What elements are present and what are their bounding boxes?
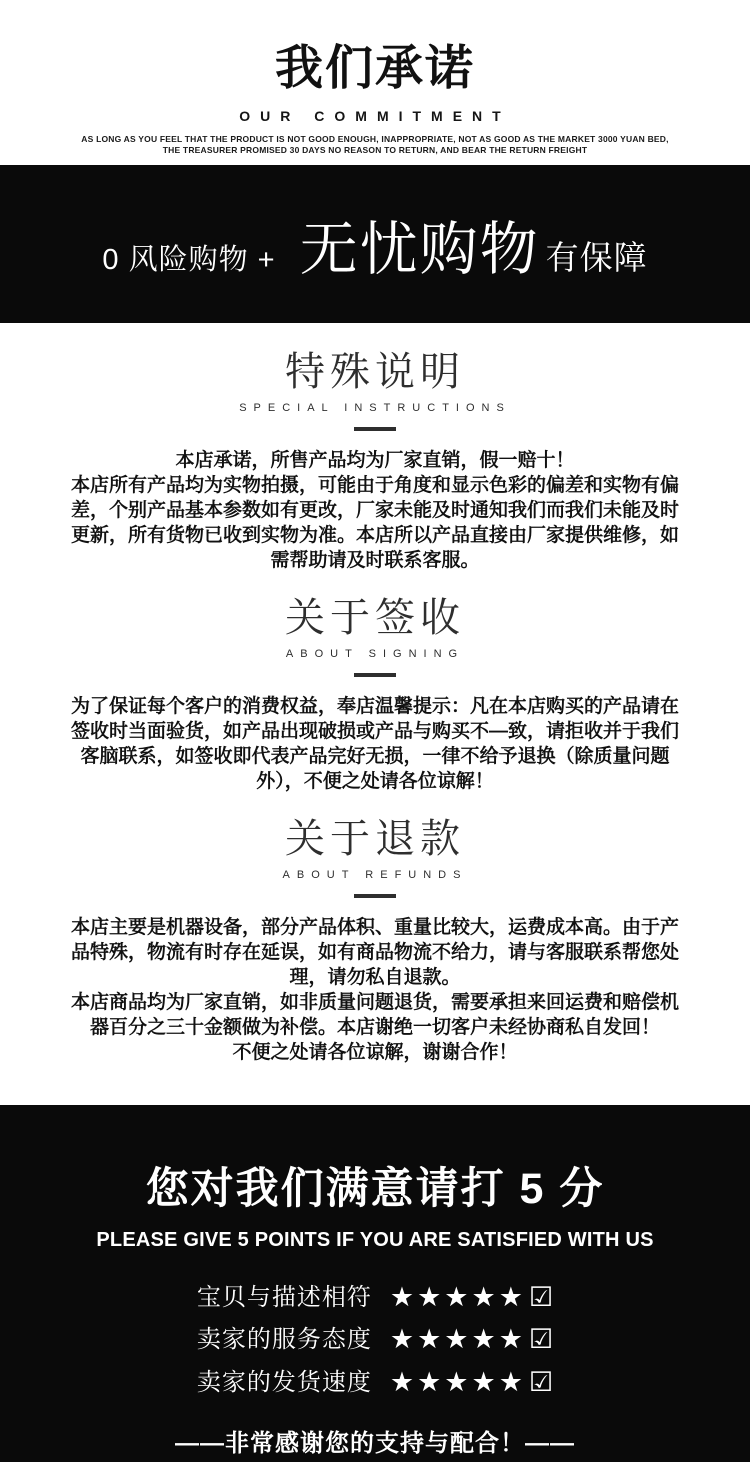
section-special-instructions: 特殊说明 SPECIAL INSTRUCTIONS 本店承诺，所售产品均为厂家直… [0, 351, 750, 573]
section-divider [354, 894, 396, 898]
section-title: 关于退款 [0, 818, 750, 860]
commitment-subtitle: OUR COMMITMENT [0, 108, 750, 124]
five-star-rating-icon: ★★★★★ [390, 1282, 526, 1314]
rating-footer: 您对我们满意请打 5 分 PLEASE GIVE 5 POINTS IF YOU… [0, 1105, 750, 1462]
section-caption: SPECIAL INSTRUCTIONS [0, 402, 750, 414]
rating-row-label: 宝贝与描述相符 [197, 1284, 372, 1313]
promo-banner: 0 风险购物 + 无忧购物 有保障 [0, 165, 750, 323]
thanks-message: ——非常感谢您的支持与配合！—— [0, 1423, 750, 1458]
section-title: 关于签收 [0, 597, 750, 639]
banner-right-text: 有保障 [546, 232, 648, 279]
section-caption: ABOUT REFUNDS [0, 869, 750, 881]
rating-row-shipping-speed: 卖家的发货速度 ★★★★★ ☑ [197, 1367, 553, 1399]
five-star-rating-icon: ★★★★★ [390, 1324, 526, 1356]
section-caption: ABOUT SIGNING [0, 648, 750, 660]
commitment-description: AS LONG AS YOU FEEL THAT THE PRODUCT IS … [0, 134, 750, 156]
section-about-refunds: 关于退款 ABOUT REFUNDS 本店主要是机器设备，部分产品体积、重量比较… [0, 818, 750, 1065]
info-sections: 特殊说明 SPECIAL INSTRUCTIONS 本店承诺，所售产品均为厂家直… [0, 323, 750, 1105]
checked-checkbox-icon: ☑ [529, 1324, 553, 1356]
rating-subtitle: PLEASE GIVE 5 POINTS IF YOU ARE SATISFIE… [0, 1229, 750, 1252]
commitment-title: 我们承诺 [0, 44, 750, 94]
rating-row-service-attitude: 卖家的服务态度 ★★★★★ ☑ [197, 1324, 553, 1356]
section-divider [354, 427, 396, 431]
rating-row-label: 卖家的发货速度 [197, 1369, 372, 1398]
banner-main-text: 无忧购物 [300, 202, 540, 286]
section-about-signing: 关于签收 ABOUT SIGNING 为了保证每个客户的消费权益，奉店温馨提示：… [0, 597, 750, 794]
section-body: 为了保证每个客户的消费权益，奉店温馨提示：凡在本店购买的产品请在签收时当面验货，… [63, 694, 687, 794]
promo-banner-text: 0 风险购物 + 无忧购物 有保障 [102, 202, 647, 286]
five-star-rating-icon: ★★★★★ [390, 1367, 526, 1399]
rating-row-label: 卖家的服务态度 [197, 1326, 372, 1355]
section-body: 本店主要是机器设备，部分产品体积、重量比较大，运费成本高。由于产品特殊，物流有时… [63, 915, 687, 1065]
commitment-header: 我们承诺 OUR COMMITMENT AS LONG AS YOU FEEL … [0, 0, 750, 165]
section-title: 特殊说明 [0, 351, 750, 393]
rating-title: 您对我们满意请打 5 分 [0, 1155, 750, 1216]
checked-checkbox-icon: ☑ [529, 1367, 553, 1399]
section-divider [354, 673, 396, 677]
banner-left-text: 0 风险购物 + [102, 237, 275, 278]
rating-rows: 宝贝与描述相符 ★★★★★ ☑ 卖家的服务态度 ★★★★★ ☑ 卖家的发货速度 … [197, 1282, 553, 1399]
checked-checkbox-icon: ☑ [529, 1282, 553, 1314]
rating-row-description-match: 宝贝与描述相符 ★★★★★ ☑ [197, 1282, 553, 1314]
section-body: 本店承诺，所售产品均为厂家直销，假一赔十！ 本店所有产品均为实物拍摄，可能由于角… [63, 448, 687, 573]
